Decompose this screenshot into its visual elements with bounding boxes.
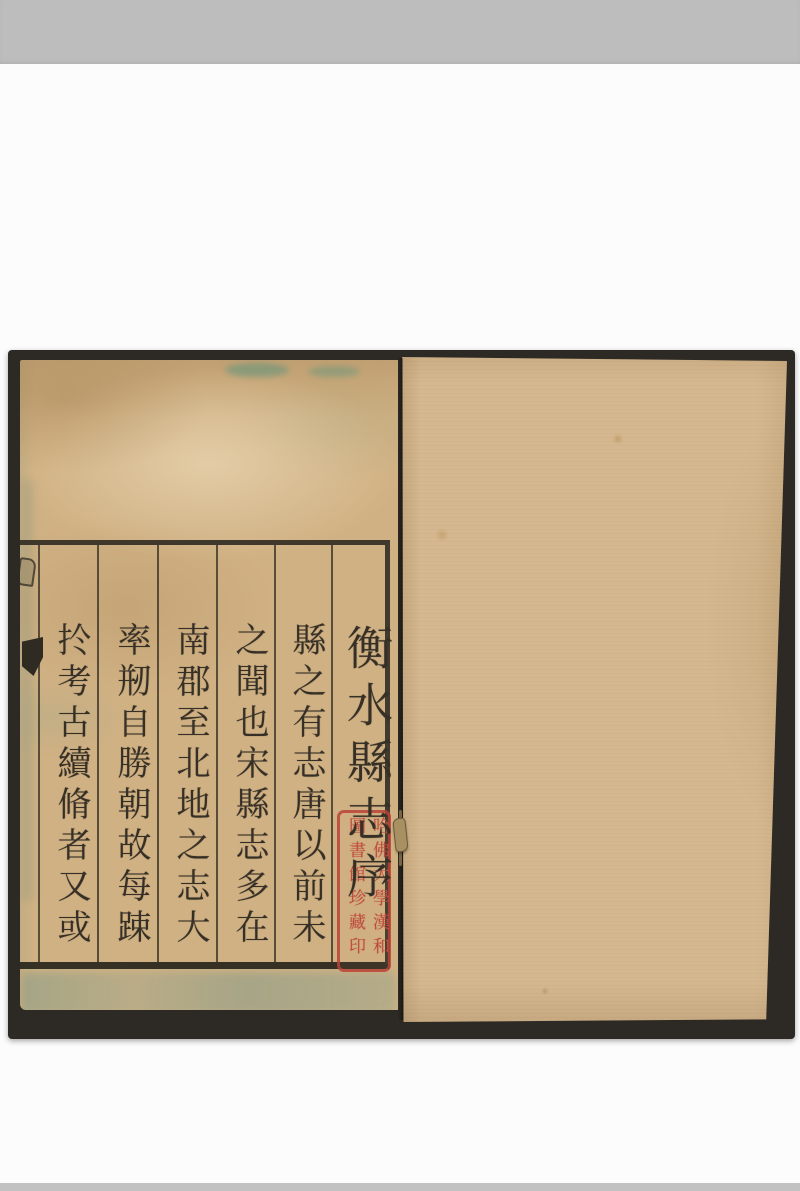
column-divider [216,545,218,962]
scanner-background-top [0,0,800,64]
stain-bottom-band [22,972,396,1010]
book: 衡水縣志序 縣之有志唐以前未 之聞也宋縣志多在 南郡至北地之志大 率剏自勝朝故每… [8,350,795,1039]
column-divider [331,545,333,962]
title-column: 衡水縣志序 [334,624,398,924]
column-divider [157,545,159,962]
text-column-3: 南郡至北地之志大 [166,622,215,962]
column-divider [97,545,99,962]
backing-sheet: 衡水縣志序 縣之有志唐以前未 之聞也宋縣志多在 南郡至北地之志大 率剏自勝朝故每… [0,64,800,1183]
left-page: 衡水縣志序 縣之有志唐以前未 之聞也宋縣志多在 南郡至北地之志大 率剏自勝朝故每… [20,360,398,1010]
column-divider [38,545,40,962]
binding-thread [392,810,410,866]
binding-thread-knot [392,817,408,852]
center-fold-shadow [398,358,403,1020]
scanned-book-image: 衡水縣志序 縣之有志唐以前未 之聞也宋縣志多在 南郡至北地之志大 率剏自勝朝故每… [0,0,800,1191]
scanner-background-bottom [0,1183,800,1191]
stain-teal [308,366,360,377]
text-column-4: 率剏自勝朝故每踈 [107,622,156,962]
text-column-1: 縣之有志唐以前未 [282,622,331,962]
stain-teal [225,363,289,377]
text-column-5: 扵考古續脩者又或 [47,622,96,962]
text-column-2: 之聞也宋縣志多在 [225,622,274,962]
column-divider [274,545,276,962]
right-page [402,357,787,1022]
